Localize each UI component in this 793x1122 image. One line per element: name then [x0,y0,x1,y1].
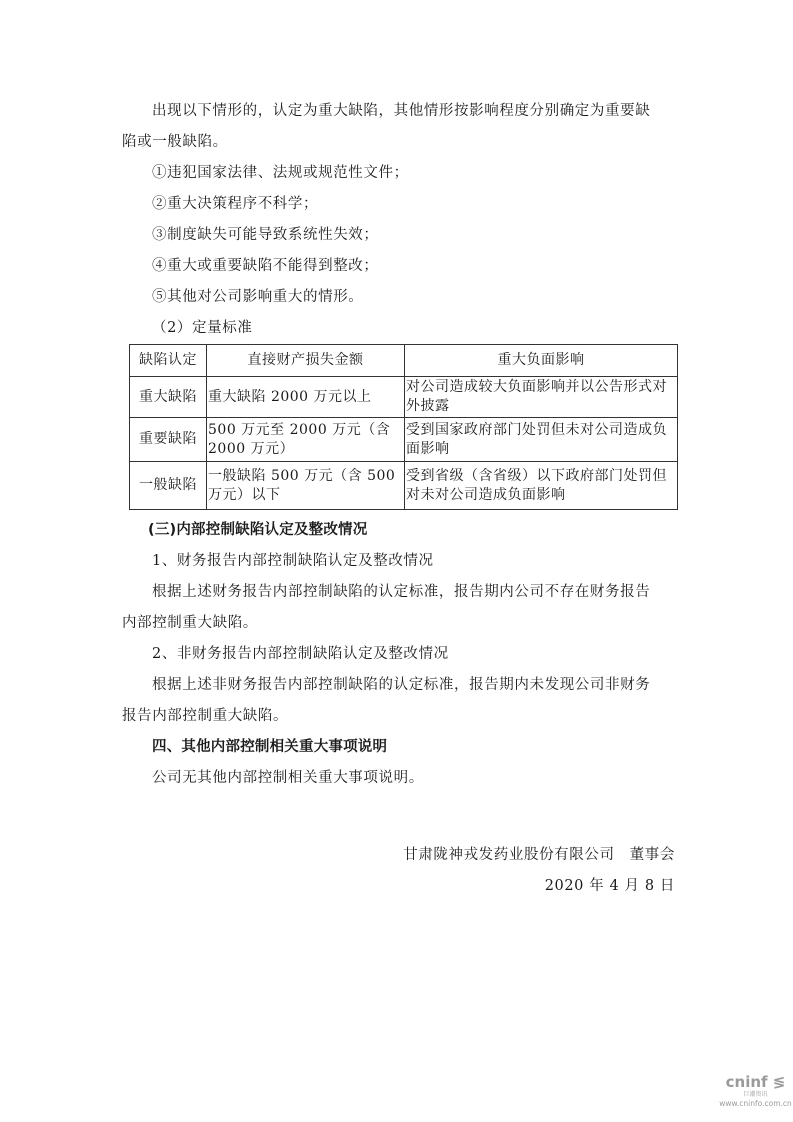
table-header-row: 缺陷认定 直接财产损失金额 重大负面影响 [130,345,678,377]
cninfo-logo: cninf ≶ [718,1073,793,1091]
section3-heading: (三)内部控制缺陷认定及整改情况 [148,520,367,540]
header-level: 缺陷认定 [130,345,207,377]
watermark-subtitle: 巨潮资讯 [718,1091,793,1099]
cell-amount: 重大缺陷 2000 万元以上 [207,377,405,418]
cninfo-watermark: cninf ≶ 巨潮资讯 www.cninfo.com.cn [718,1073,793,1108]
cell-impact: 受到省级（含省级）以下政府部门处罚但对未对公司造成负面影响 [405,462,678,510]
quant-standard-heading: （2）定量标准 [152,318,252,338]
condition-5: ⑤其他对公司影响重大的情形。 [152,287,363,307]
watermark-url: www.cninfo.com.cn [718,1099,793,1108]
condition-3: ③制度缺失可能导致系统性失效； [152,225,379,245]
section3-para1-line2: 内部控制重大缺陷。 [122,613,258,633]
condition-1: ①违犯国家法律、法规或规范性文件； [152,163,409,183]
section3-sub1: 1、财务报告内部控制缺陷认定及整改情况 [152,551,434,571]
table-row: 重大缺陷 重大缺陷 2000 万元以上 对公司造成较大负面影响并以公告形式对外披… [130,377,678,418]
section4-heading: 四、其他内部控制相关重大事项说明 [152,737,387,757]
table-row: 一般缺陷 一般缺陷 500 万元（含 500万元）以下 受到省级（含省级）以下政… [130,462,678,510]
section3-sub2: 2、非财务报告内部控制缺陷认定及整改情况 [152,644,449,664]
cell-impact: 受到国家政府部门处罚但未对公司造成负面影响 [405,418,678,462]
header-impact: 重大负面影响 [405,345,678,377]
condition-4: ④重大或重要缺陷不能得到整改； [152,256,379,276]
section3-para1-line1: 根据上述财务报告内部控制缺陷的认定标准，报告期内公司不存在财务报告 [152,582,650,602]
cninfo-swirl-icon: ≶ [768,1073,786,1091]
condition-2: ②重大决策程序不科学； [152,194,318,214]
section4-body: 公司无其他内部控制相关重大事项说明。 [152,768,424,788]
cell-amount: 500 万元至 2000 万元（含2000 万元） [207,418,405,462]
section3-para2-line2: 报告内部控制重大缺陷。 [122,706,288,726]
cell-amount: 一般缺陷 500 万元（含 500万元）以下 [207,462,405,510]
cell-level: 一般缺陷 [130,462,207,510]
intro-line-2: 陷或一般缺陷。 [122,132,228,152]
header-amount: 直接财产损失金额 [207,345,405,377]
defect-criteria-table: 缺陷认定 直接财产损失金额 重大负面影响 重大缺陷 重大缺陷 2000 万元以上… [129,344,678,510]
cell-impact: 对公司造成较大负面影响并以公告形式对外披露 [405,377,678,418]
signature-company: 甘肃陇神戎发药业股份有限公司 董事会 [403,843,675,864]
cell-level: 重大缺陷 [130,377,207,418]
cell-level: 重要缺陷 [130,418,207,462]
intro-line-1: 出现以下情形的，认定为重大缺陷，其他情形按影响程度分别确定为重要缺 [152,101,650,121]
signature-date: 2020 年 4 月 8 日 [545,874,675,895]
section3-para2-line1: 根据上述非财务报告内部控制缺陷的认定标准，报告期内未发现公司非财务 [152,675,650,695]
table-row: 重要缺陷 500 万元至 2000 万元（含2000 万元） 受到国家政府部门处… [130,418,678,462]
